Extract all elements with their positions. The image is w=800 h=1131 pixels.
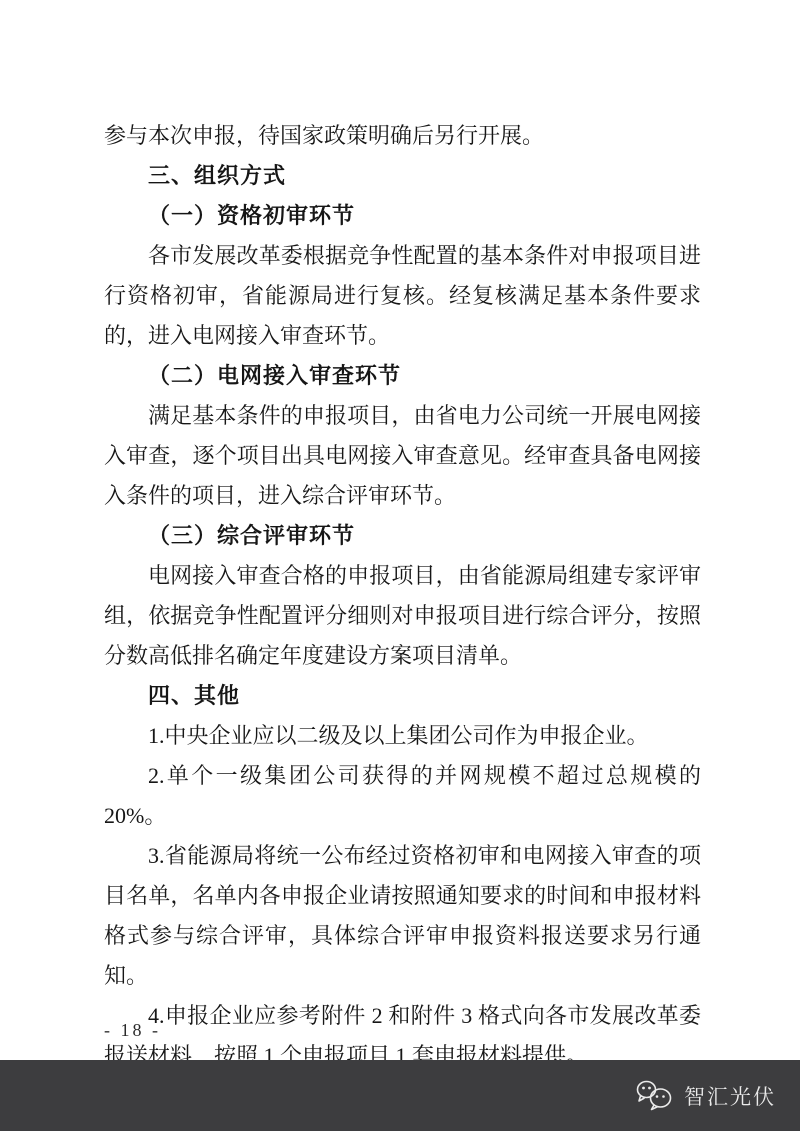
subsection-heading-qualification-review: （一）资格初审环节 bbox=[104, 196, 701, 236]
paragraph-qualification-review: 各市发展改革委根据竞争性配置的基本条件对申报项目进行资格初审，省能源局进行复核。… bbox=[104, 236, 701, 356]
section-heading-organization: 三、组织方式 bbox=[104, 156, 701, 196]
subsection-heading-comprehensive-review: （三）综合评审环节 bbox=[104, 516, 701, 556]
subsection-heading-grid-access-review: （二）电网接入审查环节 bbox=[104, 356, 701, 396]
paragraph-grid-access-review: 满足基本条件的申报项目，由省电力公司统一开展电网接入审查，逐个项目出具电网接入审… bbox=[104, 396, 701, 516]
document-body: 参与本次申报，待国家政策明确后另行开展。 三、组织方式 （一）资格初审环节 各市… bbox=[104, 116, 701, 1076]
paragraph-item-2: 2.单个一级集团公司获得的并网规模不超过总规模的 20%。 bbox=[104, 756, 701, 836]
page-number: - 18 - bbox=[104, 1020, 161, 1041]
brand-name: 智汇光伏 bbox=[684, 1081, 776, 1111]
paragraph-continuation: 参与本次申报，待国家政策明确后另行开展。 bbox=[104, 116, 701, 156]
footer-watermark-bar: 智汇光伏 bbox=[0, 1060, 800, 1131]
document-page: 参与本次申报，待国家政策明确后另行开展。 三、组织方式 （一）资格初审环节 各市… bbox=[0, 0, 800, 1131]
paragraph-comprehensive-review: 电网接入审查合格的申报项目，由省能源局组建专家评审组，依据竞争性配置评分细则对申… bbox=[104, 556, 701, 676]
section-heading-others: 四、其他 bbox=[104, 676, 701, 716]
wechat-icon bbox=[635, 1080, 675, 1112]
paragraph-item-1: 1.中央企业应以二级及以上集团公司作为申报企业。 bbox=[104, 716, 701, 756]
paragraph-item-3: 3.省能源局将统一公布经过资格初审和电网接入审查的项目名单，名单内各申报企业请按… bbox=[104, 836, 701, 996]
